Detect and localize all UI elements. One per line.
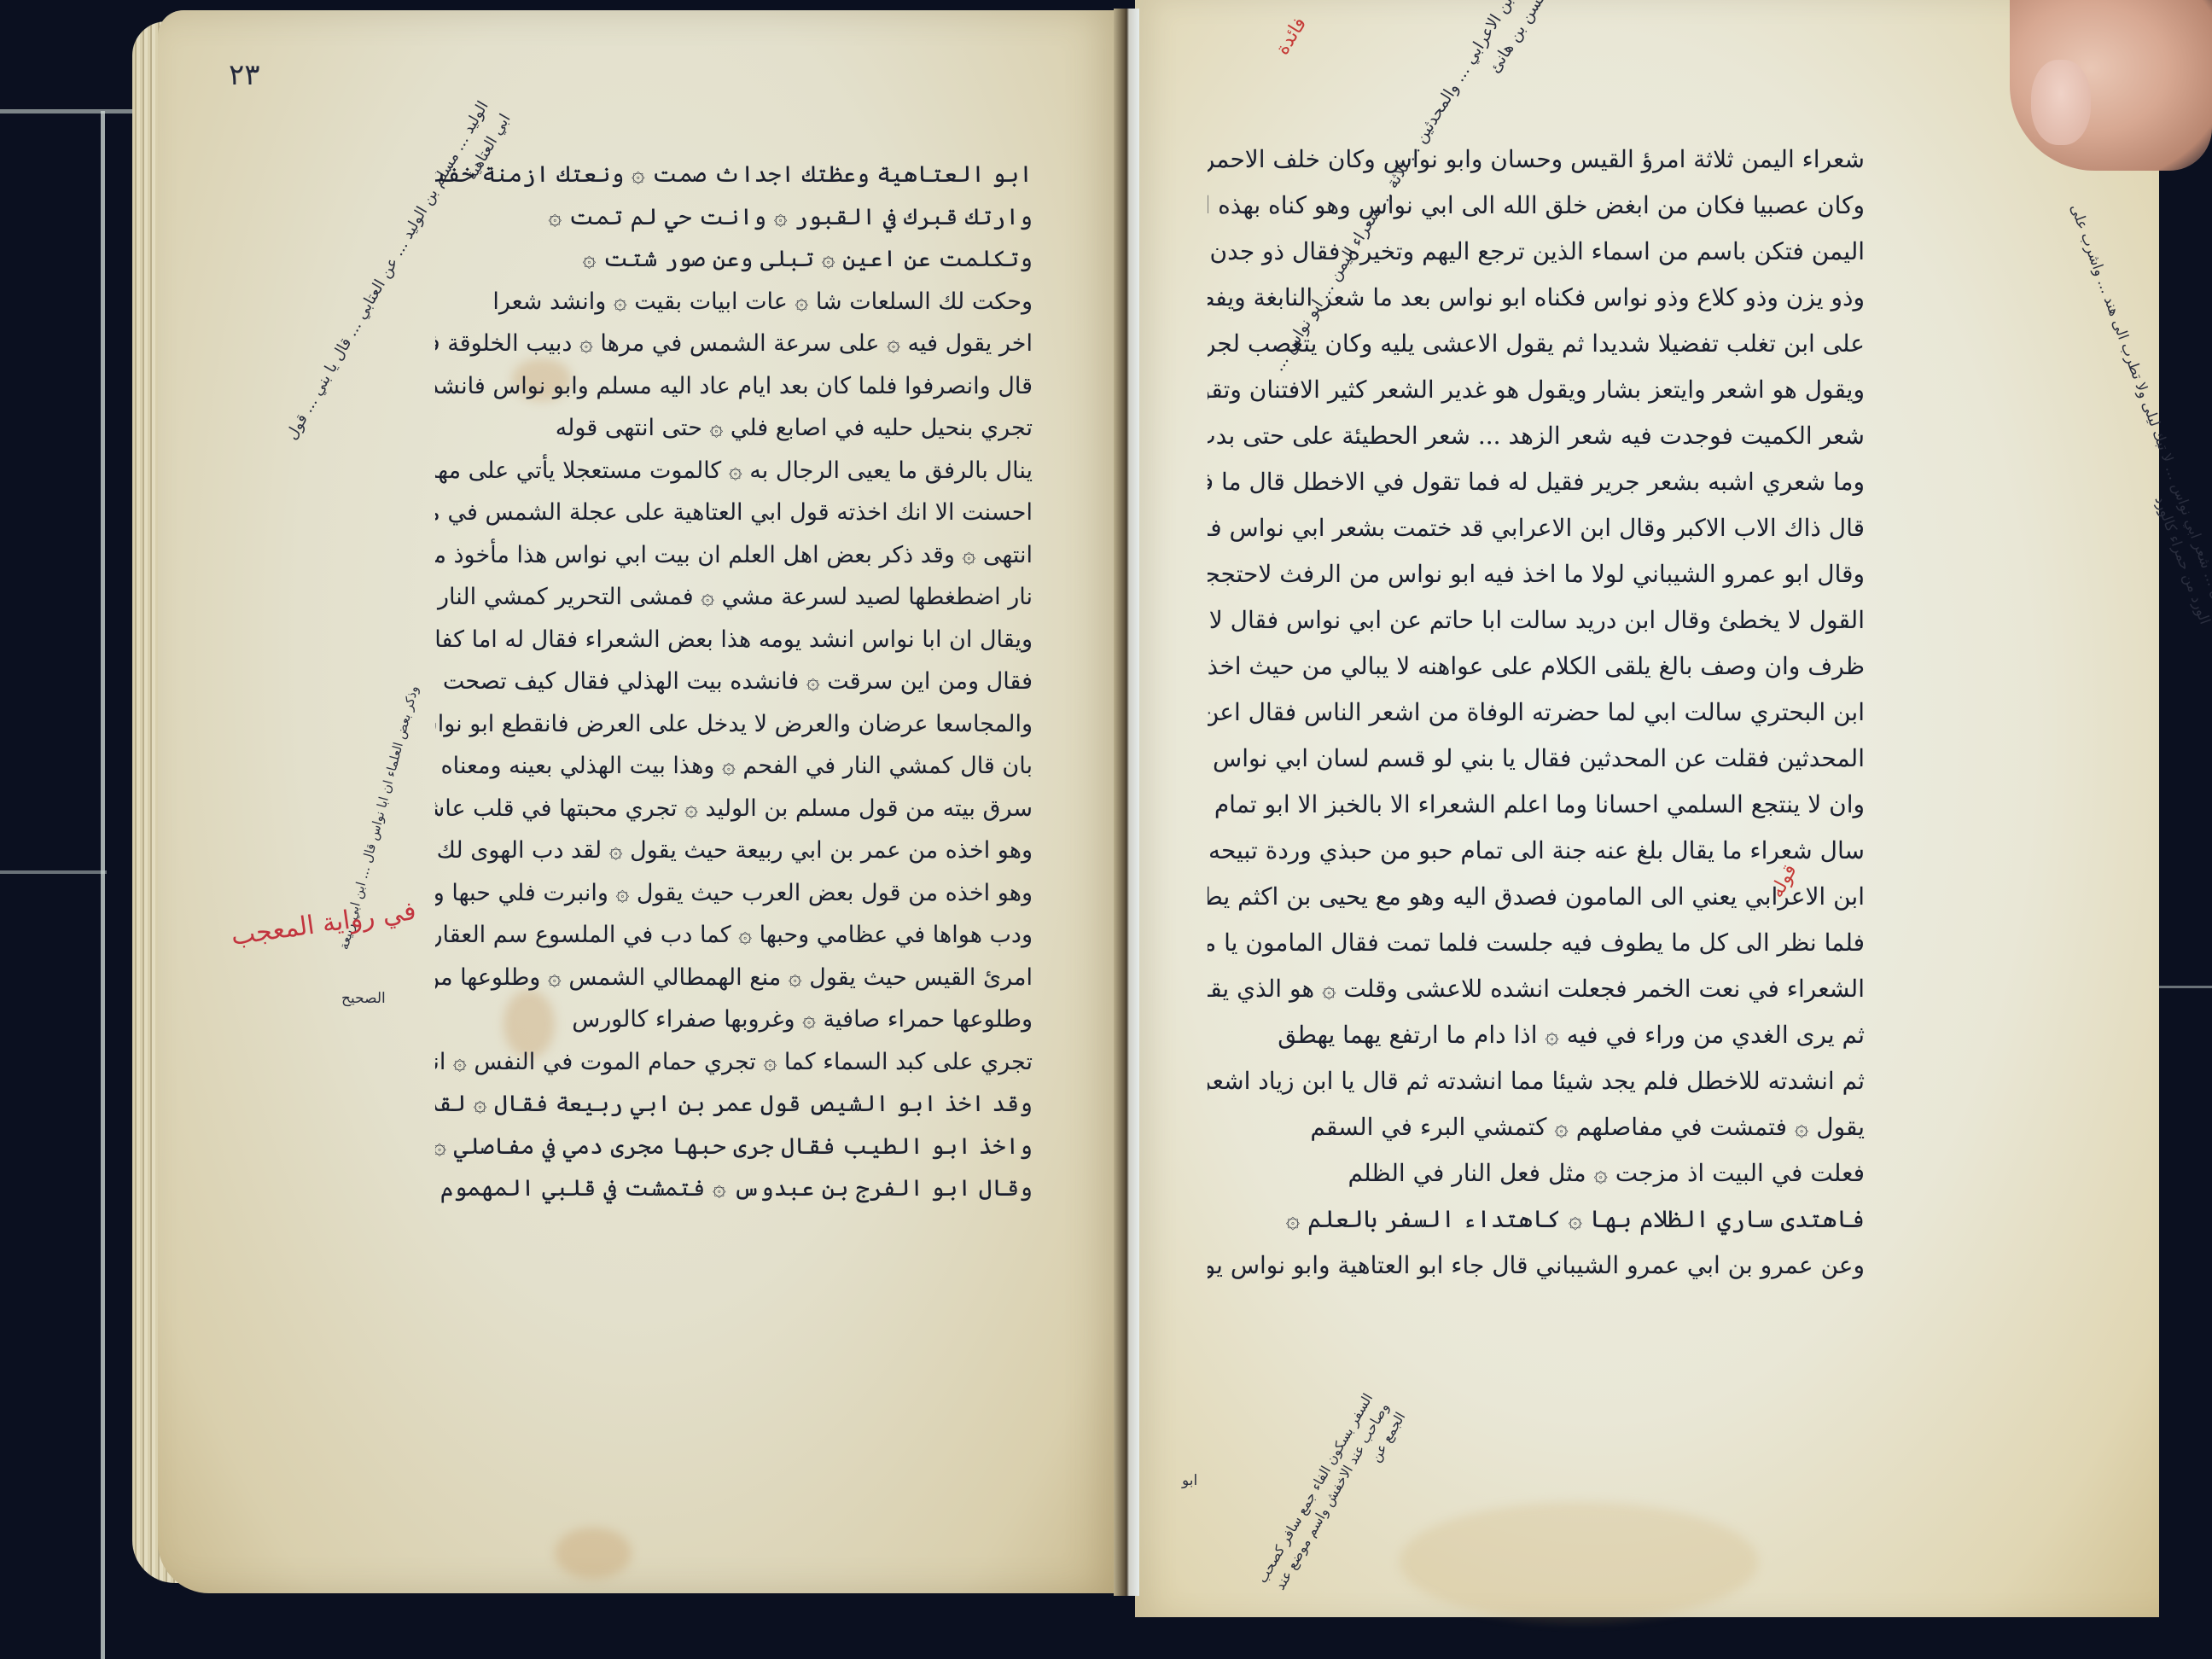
left-margin-small-note: الصحيح [341, 990, 386, 1007]
text-line: المحدثين فقلت عن المحدثين فقال يا بني لو… [1208, 736, 1865, 782]
background-frame-line [101, 111, 105, 1659]
thumbnail-nail [2031, 60, 2091, 145]
text-line: وهو اخذه من قول بعض العرب حيث يقول ۞ وان… [435, 872, 1033, 915]
text-line: وطلوعها حمراء صافية ۞ وغروبها صفراء كالو… [435, 998, 1033, 1041]
right-page-main-text: شعراء اليمن ثلاثة امرؤ القيس وحسان وابو … [1208, 137, 1865, 1289]
left-page-main-text: ابو العتاهية وعظتك اجداث صمت ۞ ونعتك ازم… [435, 154, 1033, 1210]
text-line: تجري على كبد السماء كما ۞ تجري حمام المو… [435, 1041, 1033, 1084]
text-line: والمجاسعا عرضان والعرض لا يدخل على العرض… [435, 703, 1033, 746]
text-line: وكان عصبيا فكان من ابغض خلق الله الى ابي… [1208, 183, 1865, 229]
text-line: نار اضطغطها لصيد لسرعة مشي ۞ فمشى التحري… [435, 576, 1033, 619]
text-line: على ابن تغلب تفضيلا شديدا ثم يقول الاعشى… [1208, 321, 1865, 367]
text-line: وقال ابو الفرج بن عبدوس ۞ فتمشت في قلبي … [435, 1167, 1033, 1210]
text-line: وتكلمت عن اعين ۞ تبلى وعن صور شتت ۞ [435, 238, 1033, 281]
text-line: القول لا يخطئ وقال ابن دريد سالت ابا حات… [1208, 597, 1865, 643]
text-line: وعن عمرو بن ابي عمرو الشيباني قال جاء اب… [1208, 1243, 1865, 1289]
text-line: امرئ القيس حيث يقول ۞ منع الهمطالي الشمس… [435, 957, 1033, 999]
text-line: شعر الكميت فوجدت فيه شعر الزهد ... شعر ا… [1208, 413, 1865, 459]
text-line: ودب هواها في عظامي وحبها ۞ كما دب في الم… [435, 914, 1033, 957]
text-line: ابن الاعرابي يعني الى المامون فصدق اليه … [1208, 874, 1865, 920]
text-line: فعلت في البيت اذ مزجت ۞ مثل فعل النار في… [1208, 1150, 1865, 1196]
text-line: واخذ ابو الطيب فقال جرى حبها مجرى دمي في… [435, 1126, 1033, 1168]
text-line: ويقال ان ابا نواس انشد يومه هذا بعض الشع… [435, 619, 1033, 661]
text-line: ثم انشدته للاخطل فلم يجد شيئا مما انشدته… [1208, 1058, 1865, 1104]
text-line: ابو العتاهية وعظتك اجداث صمت ۞ ونعتك ازم… [435, 154, 1033, 196]
text-line: وقد اخذ ابو الشيص قول عمر بن ابي ربيعة ف… [435, 1083, 1033, 1126]
text-line: فقال ومن اين سرقت ۞ فانشده بيت الهذلي فق… [435, 661, 1033, 703]
text-line: سال شعراء ما يقال بلغ عنه جنة الى تمام ح… [1208, 828, 1865, 874]
text-line: وما شعري اشبه بشعر جرير فقيل له فما تقول… [1208, 459, 1865, 505]
text-line: اخر يقول فيه ۞ على سرعة الشمس في مرها ۞ … [435, 323, 1033, 365]
text-line: ابن البحتري سالت ابي لما حضرته الوفاة من… [1208, 690, 1865, 736]
text-line: تجري بنحيل حليه في اصابع فلي ۞ حتى انتهى… [435, 407, 1033, 450]
text-line: وقال ابو عمرو الشيباني لولا ما اخذ فيه ا… [1208, 551, 1865, 597]
text-line: يقول ۞ فتمشت في مفاصلهم ۞ كتمشي البرء في… [1208, 1104, 1865, 1150]
text-line: شعراء اليمن ثلاثة امرؤ القيس وحسان وابو … [1208, 137, 1865, 183]
text-line: انتهى ۞ وقد ذكر بعض اهل العلم ان بيت ابي… [435, 534, 1033, 577]
text-line: ويقول هو اشعر وايتعز بشار ويقول هو غدير … [1208, 367, 1865, 413]
text-line: اليمن فتكن باسم من اسماء الذين ترجع اليه… [1208, 229, 1865, 275]
paper-stain [555, 1528, 632, 1579]
text-line: سرق بيته من قول مسلم بن الوليد ۞ تجري مح… [435, 788, 1033, 830]
book-gutter [1114, 9, 1139, 1596]
text-line: فاهتدى ساري الظلام بها ۞ كاهتداء السفر ب… [1208, 1196, 1865, 1243]
background-frame-line [0, 870, 107, 874]
text-line: ثم يرى الغدي من وراء في فيه ۞ اذا دام ما… [1208, 1012, 1865, 1058]
text-line: احسنت الا انك اخذته قول ابي العتاهية على… [435, 492, 1033, 534]
text-line: وحكت لك السلعات شا ۞ عات ابيات بقيت ۞ وا… [435, 281, 1033, 323]
text-line: قال ذاك الاب الاكبر وقال ابن الاعرابي قد… [1208, 505, 1865, 551]
text-line: وارتك قبرك في القبور ۞ وانت حي لم تمت ۞ [435, 196, 1033, 239]
text-line: وان لا ينتجع السلمي احسانا وما اعلم الشع… [1208, 782, 1865, 828]
text-line: قال وانصرفوا فلما كان بعد ايام عاد اليه … [435, 365, 1033, 408]
paper-stain [1400, 1502, 1758, 1621]
folio-number: ٢٣ [229, 58, 260, 92]
text-line: فلما نظر الى كل ما يطوف فيه جلست فلما تم… [1208, 920, 1865, 966]
text-line: وهو اخذه من عمر بن ابي ربيعة حيث يقول ۞ … [435, 829, 1033, 872]
bottom-small-note: ابو [1182, 1472, 1197, 1489]
text-line: ينال بالرفق ما يعيى الرجال به ۞ كالموت م… [435, 450, 1033, 492]
text-line: وذو يزن وذو كلاع وذو نواس فكناه ابو نواس… [1208, 275, 1865, 321]
text-line: ظرف وان وصف بالغ يلقى الكلام على عواهنه … [1208, 643, 1865, 690]
text-line: بان قال كمشي النار في الفحم ۞ وهذا بيت ا… [435, 745, 1033, 788]
text-line: الشعراء في نعت الخمر فجعلت انشده للاعشى … [1208, 966, 1865, 1012]
